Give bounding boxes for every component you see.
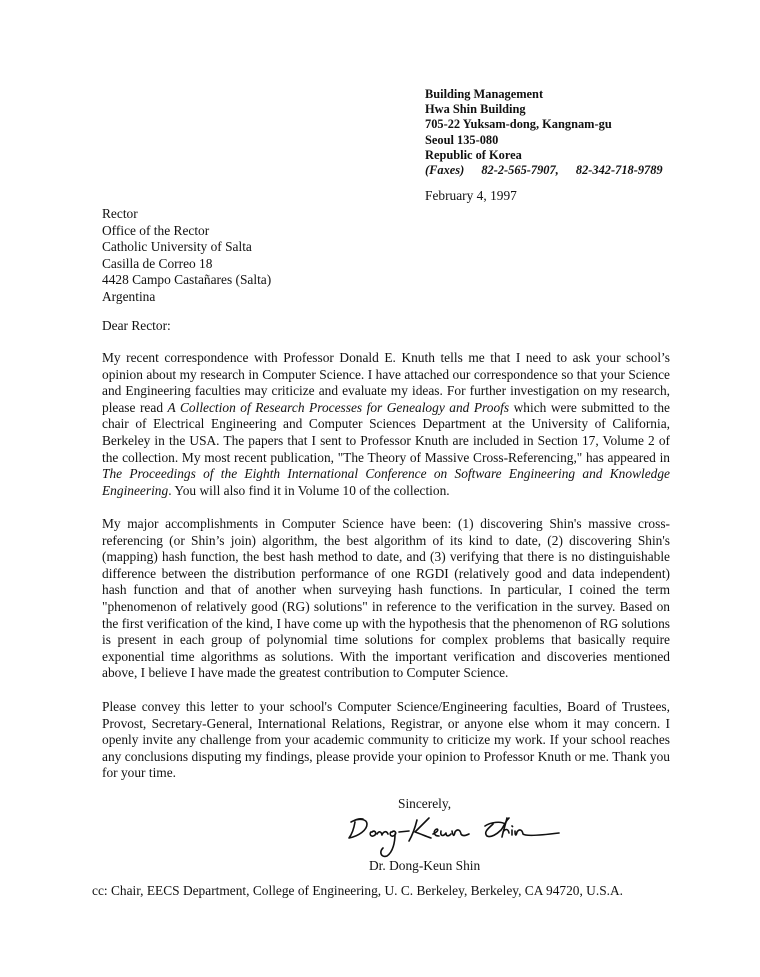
handwritten-signature	[345, 810, 575, 862]
recipient-line: 4428 Campo Castañares (Salta)	[102, 272, 271, 289]
recipient-line: Office of the Rector	[102, 223, 271, 240]
recipient-address: Rector Office of the Rector Catholic Uni…	[102, 206, 271, 306]
recipient-line: Casilla de Correo 18	[102, 256, 271, 273]
recipient-line: Catholic University of Salta	[102, 239, 271, 256]
sender-faxes: (Faxes) 82-2-565-7907, 82-342-718-9789	[425, 163, 677, 178]
cc-line: cc: Chair, EECS Department, College of E…	[92, 883, 623, 900]
fax-number: 82-342-718-9789	[576, 163, 663, 177]
paragraph-text: . You will also find it in Volume 10 of …	[168, 483, 449, 498]
salutation: Dear Rector:	[102, 318, 171, 335]
body-paragraph-2: My major accomplishments in Computer Sci…	[102, 516, 670, 682]
body-paragraph-1: My recent correspondence with Professor …	[102, 350, 670, 499]
recipient-line: Rector	[102, 206, 271, 223]
sender-line: Seoul 135-080	[425, 133, 677, 148]
letter-page: Building Management Hwa Shin Building 70…	[0, 0, 760, 977]
recipient-line: Argentina	[102, 289, 271, 306]
signer-name: Dr. Dong-Keun Shin	[369, 858, 480, 875]
publication-title: A Collection of Research Processes for G…	[168, 400, 510, 415]
faxes-label: (Faxes)	[425, 163, 464, 177]
letter-date: February 4, 1997	[425, 188, 517, 205]
sender-address: Building Management Hwa Shin Building 70…	[425, 87, 677, 178]
sender-line: Building Management	[425, 87, 677, 102]
fax-number: 82-2-565-7907,	[481, 163, 558, 177]
sender-line: Hwa Shin Building	[425, 102, 677, 117]
sender-line: Republic of Korea	[425, 148, 677, 163]
body-paragraph-3: Please convey this letter to your school…	[102, 699, 670, 782]
sender-line: 705-22 Yuksam-dong, Kangnam-gu	[425, 117, 677, 132]
